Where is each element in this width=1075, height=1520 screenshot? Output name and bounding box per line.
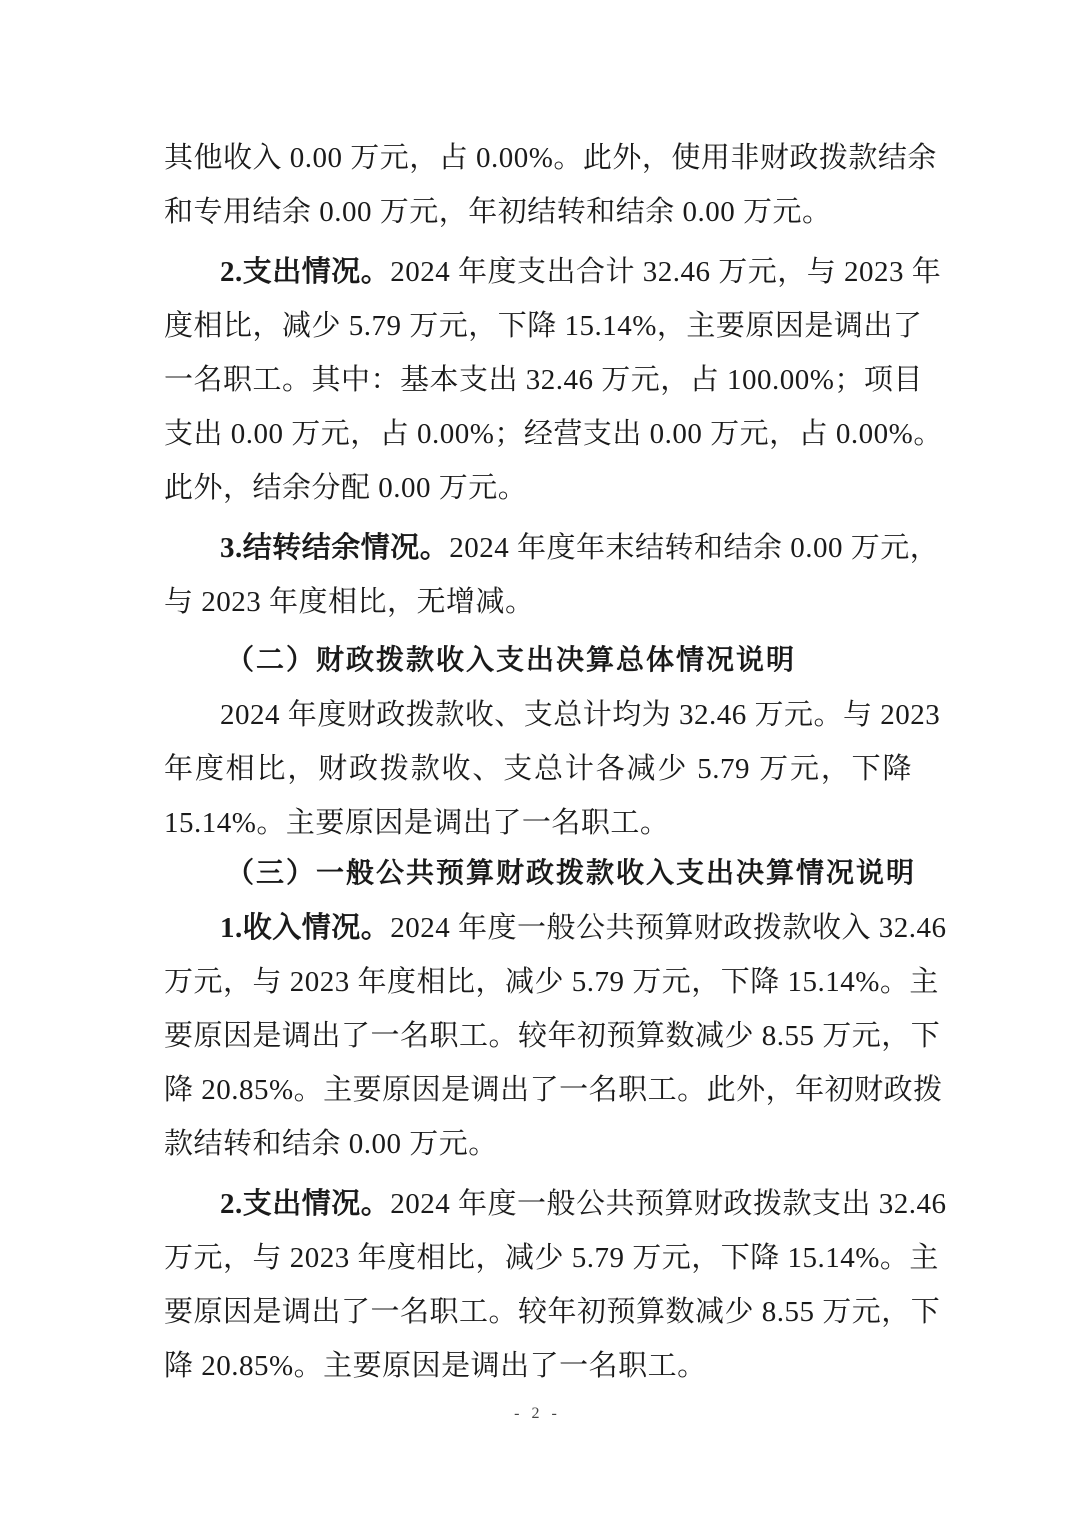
page-number: - 2 - bbox=[0, 1405, 1075, 1423]
carryover-paragraph-first-line: 3.结转结余情况。2024 年度年末结转和结余 0.00 万元， bbox=[164, 528, 912, 568]
gp-income-label: 1.收入情况。 bbox=[220, 912, 390, 944]
paragraph-line: 度相比，减少 5.79 万元，下降 15.14%，主要原因是调出了 bbox=[164, 306, 912, 346]
gp-expenditure-label: 2.支出情况。 bbox=[220, 1188, 390, 1220]
paragraph-line: 15.14%。主要原因是调出了一名职工。 bbox=[164, 803, 912, 843]
paragraph-line: 支出 0.00 万元，占 0.00%；经营支出 0.00 万元，占 0.00%。 bbox=[164, 414, 912, 454]
paragraph-line: 降 20.85%。主要原因是调出了一名职工。此外，年初财政拨 bbox=[164, 1070, 912, 1110]
paragraph-line: 万元，与 2023 年度相比，减少 5.79 万元，下降 15.14%。主 bbox=[164, 962, 912, 1002]
expenditure-text: 2024 年度支出合计 32.46 万元，与 2023 年 bbox=[390, 256, 941, 288]
carryover-text: 2024 年度年末结转和结余 0.00 万元， bbox=[449, 532, 939, 564]
paragraph-line: 与 2023 年度相比，无增减。 bbox=[164, 582, 912, 622]
paragraph-line: 一名职工。其中：基本支出 32.46 万元，占 100.00%；项目 bbox=[164, 360, 912, 400]
expenditure-paragraph-first-line: 2.支出情况。2024 年度支出合计 32.46 万元，与 2023 年 bbox=[164, 252, 912, 292]
expenditure-label: 2.支出情况。 bbox=[220, 256, 390, 288]
paragraph-line: 2024 年度财政拨款收、支总计均为 32.46 万元。与 2023 bbox=[164, 695, 912, 735]
paragraph-line: 万元，与 2023 年度相比，减少 5.79 万元，下降 15.14%。主 bbox=[164, 1238, 912, 1278]
gp-expenditure-paragraph-first-line: 2.支出情况。2024 年度一般公共预算财政拨款支出 32.46 bbox=[164, 1184, 912, 1224]
gp-income-text: 2024 年度一般公共预算财政拨款收入 32.46 bbox=[390, 912, 946, 944]
paragraph-line: 要原因是调出了一名职工。较年初预算数减少 8.55 万元，下 bbox=[164, 1016, 912, 1056]
paragraph-line: 降 20.85%。主要原因是调出了一名职工。 bbox=[164, 1346, 912, 1386]
section-heading-2: （二）财政拨款收入支出决算总体情况说明 bbox=[226, 640, 796, 680]
paragraph-line: 其他收入 0.00 万元，占 0.00%。此外，使用非财政拨款结余 bbox=[164, 138, 912, 178]
paragraph-line: 此外，结余分配 0.00 万元。 bbox=[164, 468, 912, 508]
paragraph-line: 和专用结余 0.00 万元，年初结转和结余 0.00 万元。 bbox=[164, 192, 912, 232]
paragraph-line: 年度相比，财政拨款收、支总计各减少 5.79 万元，下降 bbox=[164, 749, 912, 789]
paragraph-line: 款结转和结余 0.00 万元。 bbox=[164, 1124, 912, 1164]
paragraph-line: 要原因是调出了一名职工。较年初预算数减少 8.55 万元，下 bbox=[164, 1292, 912, 1332]
section-heading-3: （三）一般公共预算财政拨款收入支出决算情况说明 bbox=[226, 853, 916, 893]
carryover-label: 3.结转结余情况。 bbox=[220, 532, 449, 564]
gp-income-paragraph-first-line: 1.收入情况。2024 年度一般公共预算财政拨款收入 32.46 bbox=[164, 908, 912, 948]
gp-expenditure-text: 2024 年度一般公共预算财政拨款支出 32.46 bbox=[390, 1188, 946, 1220]
